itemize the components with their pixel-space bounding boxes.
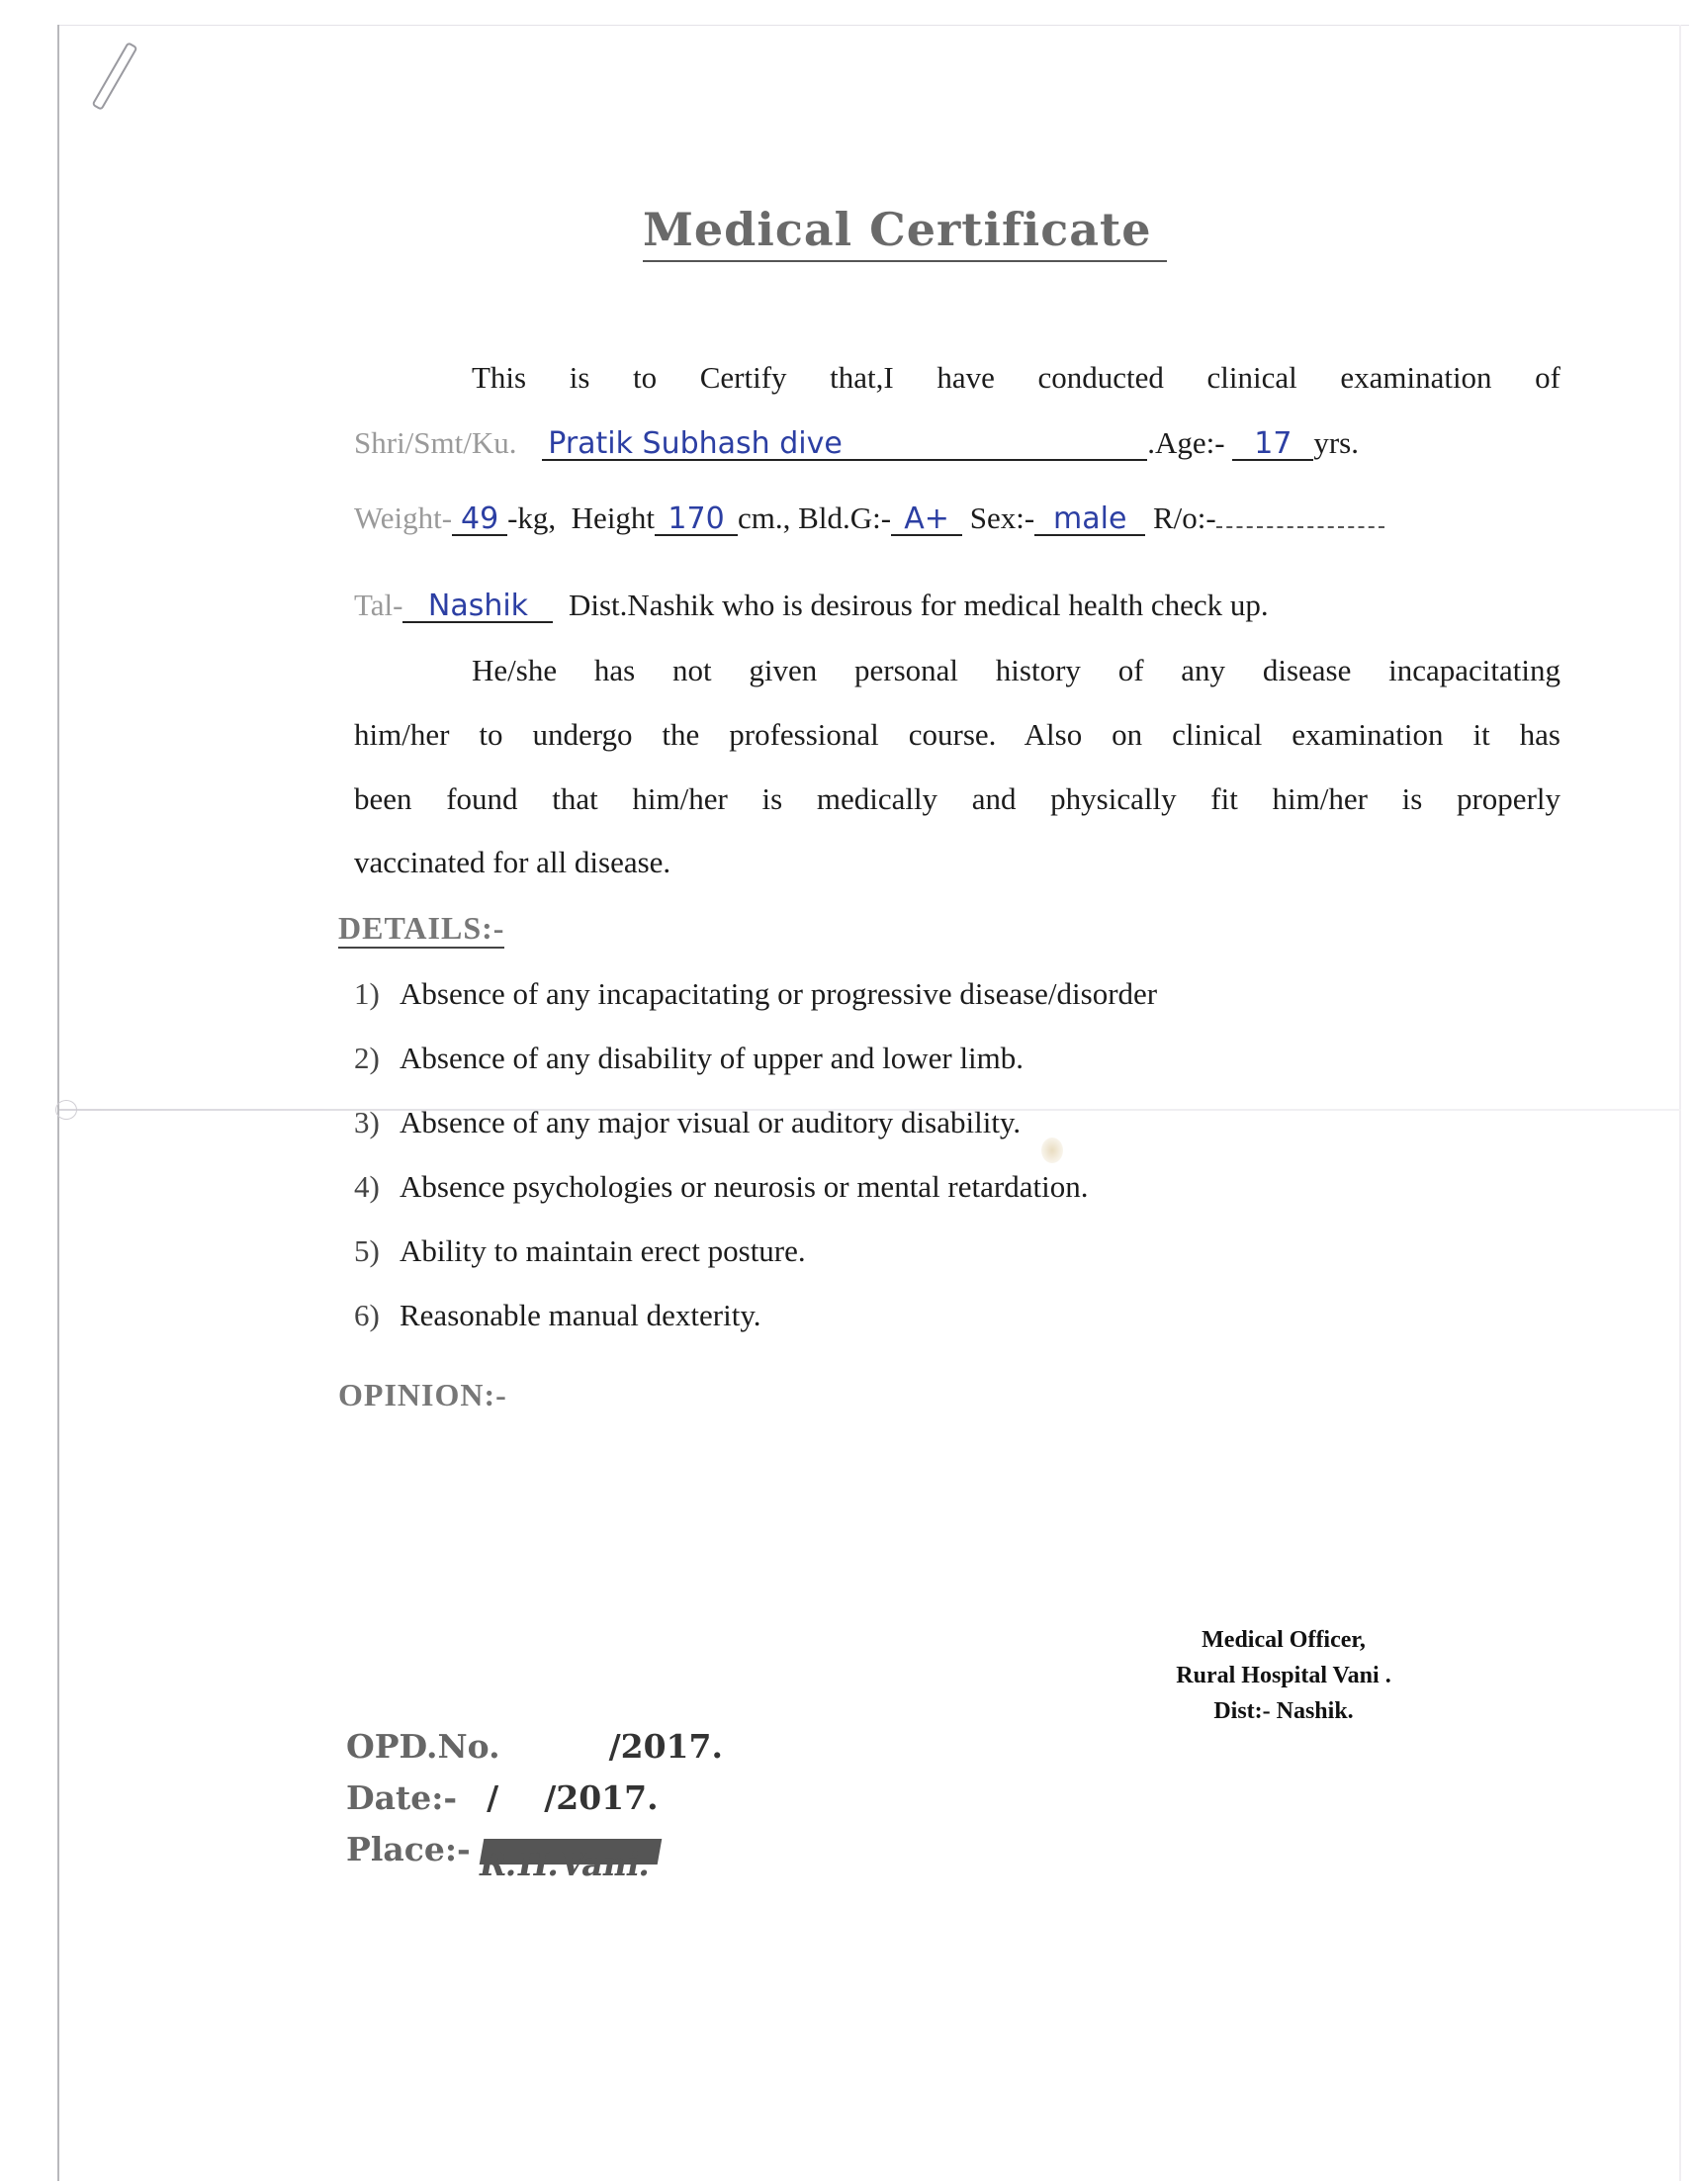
certificate-title: Medical Certificate [643, 203, 1167, 262]
opd-label: OPD.No. [346, 1727, 500, 1766]
details-item-number: 3) [354, 1105, 400, 1140]
date-line: Date:-//2017. [346, 1773, 659, 1824]
paragraph2-line-1: He/she has not given personal history of… [472, 655, 1560, 685]
details-item: 5)Ability to maintain erect posture. [354, 1233, 806, 1269]
details-item-text: Ability to maintain erect posture. [400, 1233, 806, 1268]
details-item-number: 2) [354, 1041, 400, 1076]
age-label: .Age:- [1147, 425, 1224, 460]
date-separator: / [487, 1778, 498, 1817]
sex-field[interactable]: male [1034, 504, 1145, 536]
height-label: Height [572, 500, 655, 535]
weight-field[interactable]: 49 [452, 504, 507, 536]
details-item-number: 5) [354, 1233, 400, 1269]
details-item-number: 6) [354, 1298, 400, 1333]
blood-group-field[interactable]: A+ [891, 504, 962, 536]
age-field[interactable]: 17 [1232, 429, 1313, 461]
details-item: 2)Absence of any disability of upper and… [354, 1041, 1024, 1076]
height-field[interactable]: 170 [655, 504, 738, 536]
name-line: Shri/Smt/Ku. Pratik Subhash dive.Age:- 1… [354, 427, 1560, 461]
details-heading: DETAILS:- [338, 910, 504, 949]
paper-edge-top [57, 25, 1689, 26]
details-item-text: Reasonable manual dexterity. [400, 1298, 761, 1332]
place-value-struck: R.H.Vani. [480, 1839, 663, 1865]
details-item-text: Absence of any incapacitating or progres… [400, 976, 1157, 1011]
opinion-heading: OPINION:- [338, 1377, 507, 1413]
details-item-text: Absence of any disability of upper and l… [400, 1041, 1024, 1075]
sex-label: Sex:- [970, 500, 1034, 535]
residence-label: R/o:- [1153, 500, 1216, 535]
district-text: Dist.Nashik who is desirous for medical … [569, 588, 1269, 622]
details-item-text: Absence psychologies or neurosis or ment… [400, 1169, 1088, 1204]
signature-district: Dist:- Nashik. [1086, 1693, 1481, 1729]
paper-edge-right [1679, 25, 1681, 2181]
signature-hospital: Rural Hospital Vani . [1086, 1658, 1481, 1693]
taluka-field[interactable]: Nashik [402, 591, 553, 623]
district-line: Tal-Nashik Dist.Nashik who is desirous f… [354, 590, 1269, 623]
opd-year: /2017. [609, 1727, 723, 1766]
signature-block: Medical Officer, Rural Hospital Vani . D… [1086, 1622, 1481, 1729]
taluka-label: Tal- [354, 588, 402, 622]
paragraph2-line-4: vaccinated for all disease. [354, 847, 670, 877]
fold-mark-icon [55, 1100, 77, 1120]
signature-title: Medical Officer, [1086, 1622, 1481, 1658]
height-unit: cm., Bld.G:- [738, 500, 891, 535]
patient-name-field[interactable]: Pratik Subhash dive [542, 429, 1147, 461]
details-item: 1)Absence of any incapacitating or progr… [354, 976, 1157, 1012]
details-item: 3)Absence of any major visual or auditor… [354, 1105, 1021, 1140]
salutation-label: Shri/Smt/Ku. [354, 425, 517, 460]
details-item-number: 4) [354, 1169, 400, 1205]
staple-icon [91, 42, 137, 111]
opd-line: OPD.No./2017. [346, 1721, 723, 1773]
weight-label: Weight- [354, 500, 452, 535]
date-year: /2017. [544, 1778, 658, 1817]
paragraph2-line-3: been found that him/her is medically and… [354, 783, 1560, 814]
details-item-text: Absence of any major visual or auditory … [400, 1105, 1021, 1139]
age-unit: yrs. [1313, 425, 1359, 460]
paragraph2-line-2: him/her to undergo the professional cour… [354, 719, 1560, 750]
paper-stain [1041, 1137, 1063, 1163]
residence-field[interactable] [1216, 502, 1384, 528]
weight-unit: -kg, [507, 500, 556, 535]
details-item-number: 1) [354, 976, 400, 1012]
date-label: Date:- [346, 1778, 457, 1817]
vitals-line: Weight-49-kg, Height170cm., Bld.G:-A+ Se… [354, 502, 1384, 536]
intro-line: This is to Certify that,I have conducted… [472, 362, 1560, 393]
place-label: Place:- [346, 1830, 471, 1868]
details-item: 6)Reasonable manual dexterity. [354, 1298, 761, 1333]
details-item: 4)Absence psychologies or neurosis or me… [354, 1169, 1088, 1205]
place-line: Place:- R.H.Vani. [346, 1824, 660, 1875]
